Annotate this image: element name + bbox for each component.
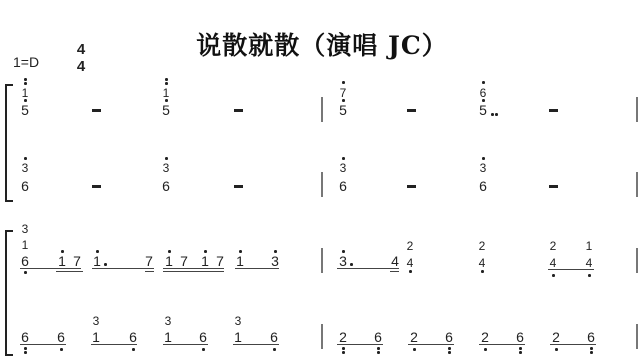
note: 6	[514, 330, 526, 344]
time-numerator: 4	[73, 41, 89, 58]
system2-bracket	[5, 230, 13, 356]
chord-note: 2	[547, 239, 559, 253]
note: 4	[547, 256, 559, 270]
note: 6	[443, 330, 455, 344]
note: 5	[477, 103, 489, 117]
note: 2	[550, 330, 562, 344]
barline	[636, 324, 638, 349]
note: 7	[71, 254, 83, 268]
note: 6	[268, 330, 280, 344]
note: 6	[19, 254, 31, 268]
dash	[407, 185, 416, 188]
note: 6	[585, 330, 597, 344]
barline	[636, 248, 638, 273]
dash	[92, 185, 101, 188]
note: 4	[389, 254, 401, 268]
barline	[321, 248, 323, 273]
barline	[321, 97, 323, 122]
dash	[234, 185, 243, 188]
note: 6	[477, 179, 489, 193]
note: 3	[19, 161, 31, 175]
chord-note: 3	[162, 314, 174, 328]
barline	[636, 172, 638, 197]
note: 4	[583, 256, 595, 270]
note: 4	[476, 256, 488, 270]
note: 5	[337, 103, 349, 117]
note: 1	[19, 86, 31, 100]
note: 6	[372, 330, 384, 344]
note: 1	[199, 254, 211, 268]
dash	[549, 109, 558, 112]
note: 1	[232, 330, 244, 344]
note: 2	[408, 330, 420, 344]
note: 7	[178, 254, 190, 268]
note: 1	[234, 254, 246, 268]
note: 6	[19, 179, 31, 193]
dash	[407, 109, 416, 112]
chord-note: 3	[90, 314, 102, 328]
note: 6	[197, 330, 209, 344]
note: 1	[91, 254, 103, 268]
measure-number: 3	[19, 222, 31, 236]
note: 1	[56, 254, 68, 268]
note: 3	[337, 161, 349, 175]
note: 6	[160, 179, 172, 193]
note: 5	[19, 103, 31, 117]
key-signature: 1=D	[13, 54, 39, 70]
score-title: 说散就散（演唱 JC）	[0, 26, 644, 62]
note: 3	[477, 161, 489, 175]
note: 1	[160, 86, 172, 100]
barline	[321, 172, 323, 197]
time-signature: 4 4	[73, 41, 89, 75]
barline	[321, 324, 323, 349]
system1-bracket	[5, 84, 13, 202]
note: 1	[90, 330, 102, 344]
note: 6	[19, 330, 31, 344]
note: 3	[337, 254, 349, 268]
note: 2	[479, 330, 491, 344]
dash	[92, 109, 101, 112]
note: 6	[127, 330, 139, 344]
chord-note: 1	[583, 239, 595, 253]
note: 6	[477, 86, 489, 100]
barline	[636, 97, 638, 122]
note: 3	[269, 254, 281, 268]
chord-note: 1	[19, 238, 31, 252]
note: 3	[160, 161, 172, 175]
note: 7	[143, 254, 155, 268]
note: 2	[337, 330, 349, 344]
note: 4	[404, 256, 416, 270]
chord-note: 3	[232, 314, 244, 328]
note: 7	[337, 86, 349, 100]
note: 5	[160, 103, 172, 117]
time-denominator: 4	[73, 58, 89, 75]
note: 7	[214, 254, 226, 268]
note: 6	[55, 330, 67, 344]
note: 1	[162, 330, 174, 344]
note: 1	[163, 254, 175, 268]
chord-note: 2	[476, 239, 488, 253]
dash	[234, 109, 243, 112]
note: 6	[337, 179, 349, 193]
dash	[549, 185, 558, 188]
chord-note: 2	[404, 239, 416, 253]
